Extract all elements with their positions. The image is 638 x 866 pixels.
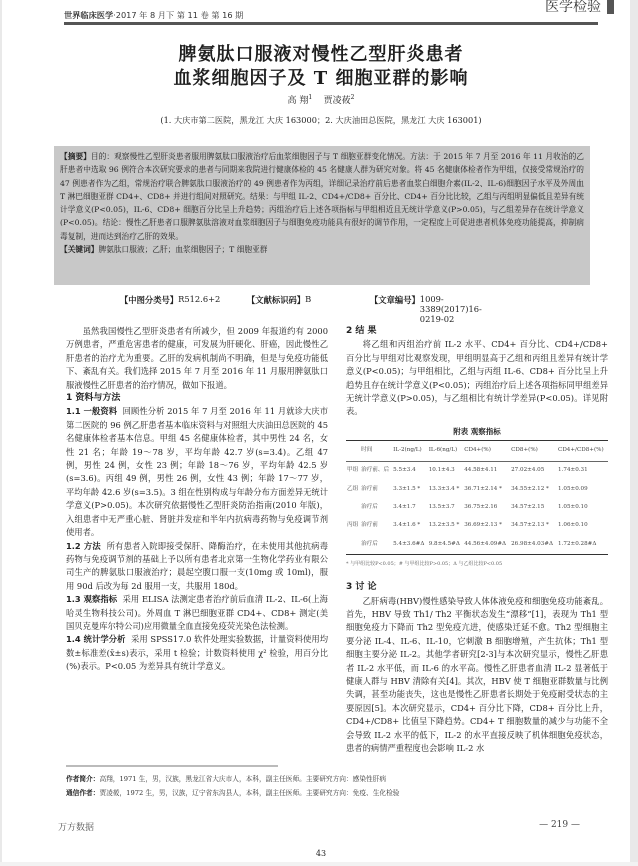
doc-code: 【文献标识码】B [247,294,305,306]
th-group [346,441,360,461]
cell: 3.4±1.6 * [392,517,428,535]
journal-header: 世界临床医学·2017 年 8 月下 第 11 卷 第 16 期 [64,10,243,21]
cell: 44.58±4.11 [463,461,510,480]
cell: 27.02±4.05 [510,461,557,480]
cell: 13.5±3.7 [428,498,464,516]
cell: 治疗前、后 [360,461,392,480]
cell: 10.1±4.3 [428,461,464,480]
cell [346,498,360,516]
section-1-2-title: 1.2 方法 [66,541,101,551]
section-1-4-title: 1.4 统计学分析 [66,634,126,644]
corresponding-note-text: 贾凌莜，1972 生，男，汉族，辽宁省东沟县人，本科，副主任医师。主要研究方向：… [99,789,399,797]
journal-page-number: — 219 — [539,820,580,830]
cell: 34.57±2.15 [510,498,557,516]
cell: 36.71±2.14 * [463,480,510,498]
clc-label: 【中图分类号】 [120,295,178,305]
cell: 治疗后 [360,535,392,554]
journal-issue: ·2017 年 8 月下 第 11 卷 第 16 期 [113,10,243,20]
th-il2: IL-2(ng/L) [392,441,428,461]
cell: 1.05±0.10 [557,498,608,516]
author-1-sup: 1 [308,94,312,101]
affiliation: (1. 大庆市第二医院，黑龙江 大庆 163000；2. 大庆油田总医院，黑龙江… [2,115,638,126]
clc-value: R512.6+2 [178,294,220,304]
paper-page: 世界临床医学·2017 年 8 月下 第 11 卷 第 16 期 医学检验 脾氨… [2,0,630,862]
section-1-1-text: 回顾性分析 2015 年 7 月至 2016 年 11 月就诊大庆市第二医院的 … [66,406,328,537]
left-column: 虽然我国慢性乙型肝炎患者有所减少，但 2009 年报道约有 2000 万例患者，… [66,325,328,674]
author-2: 贾凌莜 [324,96,351,106]
cell: 治疗前 [360,480,392,498]
results-paragraph: 将乙组和丙组治疗前 IL-2 水平、CD4+ 百分比、CD4+/CD8+ 百分比… [346,338,608,418]
cell: 乙组 [346,480,360,498]
author-note: 作者简介：高翔，1971 生，男，汉族，黑龙江省大庆市人，本科，副主任医师。主要… [66,773,386,783]
journal-name: 世界临床医学 [64,10,113,20]
section-2-heading: 2 结 果 [346,325,608,338]
section-label: 医学检验 [545,0,601,15]
section-1-2-text: 所有患者入院即接受保肝、降酶治疗，在未使用其他抗病毒药物与免疫调节剂的基础上予以… [66,541,328,591]
source-watermark: 万方数据 [58,820,94,833]
discussion-paragraph: 乙肝病毒(HBV)慢性感染导致人体体液免疫和细胞免疫功能紊乱。首先，HBV 导致… [346,595,608,756]
cell: 治疗前 [360,517,392,535]
th-ratio: CD4+/CD8+(%) [557,441,608,461]
section-1-3: 1.3 观察指标 采用 ELISA 法测定患者治疗前后血清 IL-2、IL-6(… [66,593,328,633]
title-line-1: 脾氨肽口服液对慢性乙型肝炎患者 [2,40,638,66]
table-row: 甲组治疗前、后5.5±3.410.1±4.344.58±4.1127.02±4.… [346,461,608,480]
table-row: 丙组治疗前3.4±1.6 *13.2±3.5 *36.69±2.13 *34.5… [346,517,608,535]
cell: 治疗后 [360,498,392,516]
keywords-label: 【关键词】 [60,245,98,254]
th-cd4: CD4+(%) [463,441,510,461]
section-1-1-title: 1.1 一般资料 [66,406,117,416]
cell: 1.72±0.28#Δ [557,535,608,554]
section-1-heading: 1 资料与方法 [66,392,328,405]
section-tag: 医学检验 [545,0,614,16]
section-1-3-title: 1.3 观察指标 [66,594,117,604]
cell: 甲组 [346,461,360,480]
keywords-text: 脾氨肽口服液；乙肝；血浆细胞因子；T 细胞亚群 [98,245,267,254]
cell: 44.56±4.09#Δ [463,535,510,554]
cell: 36.75±2.16 [463,498,510,516]
th-il6: IL-6(ng/L) [428,441,464,461]
corresponding-note-label: 通信作者： [66,789,99,797]
abstract-text: 目的：观察慢性乙型肝炎患者服用脾氨肽口服液治疗后血浆细胞因子与 T 细胞亚群变化… [60,152,584,241]
section-1-4: 1.4 统计学分析 采用 SPSS17.0 软件处理实验数据，计量资料使用均数±… [66,633,328,673]
header-rule [64,22,598,25]
abstract-label: 【摘要】 [60,152,91,161]
clc-code: 【中图分类号】R512.6+2 [120,294,178,306]
footnote-rule [66,765,278,767]
cell: 5.4±3.6#Δ [392,535,428,554]
authors: 高 翔1 贾凌莜2 [2,93,638,106]
cell [346,535,360,554]
cell: 丙组 [346,517,360,535]
table-note: * 与甲组比较P<0.05；# 与甲组比较P>0.05；Δ 与乙组比较P<0.0… [346,558,608,571]
cell: 36.69±2.13 * [463,517,510,535]
cell: 26.98±4.03#Δ [510,535,557,554]
th-time: 时间 [360,441,392,461]
article-value: 1009-3389(2017)16-0219-02 [420,294,482,324]
corresponding-note: 通信作者：贾凌莜，1972 生，男，汉族，辽宁省东沟县人，本科，副主任医师。主要… [66,787,399,797]
section-1-1: 1.1 一般资料 回顾性分析 2015 年 7 月至 2016 年 11 月就诊… [66,405,328,539]
cell: 3.3±1.5 * [392,480,428,498]
table-header-row: 时间 IL-2(ng/L) IL-6(ng/L) CD4+(%) CD8+(%)… [346,441,608,461]
table-row: 治疗后5.4±3.6#Δ9.8±4.5#Δ44.56±4.09#Δ26.98±4… [346,535,608,554]
author-note-label: 作者简介： [66,775,99,783]
cell: 13.2±3.5 * [428,517,464,535]
intro-paragraph: 虽然我国慢性乙型肝炎患者有所减少，但 2009 年报道约有 2000 万例患者，… [66,325,328,392]
section-1-2: 1.2 方法 所有患者入院即接受保肝、降酶治疗，在未使用其他抗病毒药物与免疫调节… [66,540,328,594]
pdf-page-number: 43 [2,849,638,858]
title-line-2: 血浆细胞因子及 T 细胞亚群的影响 [2,64,638,90]
table-row: 治疗后3.4±1.713.5±3.736.75±2.1634.57±2.151.… [346,498,608,516]
article-code: 【文章编号】1009-3389(2017)16-0219-02 [370,294,420,306]
cell: 34.57±2.13 * [510,517,557,535]
observation-table: 时间 IL-2(ng/L) IL-6(ng/L) CD4+(%) CD8+(%)… [346,440,608,554]
cell: 1.06±0.10 [557,517,608,535]
cell: 9.8±4.5#Δ [428,535,464,554]
cell: 34.55±2.12 * [510,480,557,498]
viewer-bottom-bar [0,862,638,866]
th-cd8: CD8+(%) [510,441,557,461]
author-2-sup: 2 [351,94,355,101]
cell: 3.4±1.7 [392,498,428,516]
cell: 5.5±3.4 [392,461,428,480]
cell: 1.74±0.31 [557,461,608,480]
article-label: 【文章编号】 [370,295,420,305]
doc-value: B [305,294,311,304]
right-column: 2 结 果 将乙组和丙组治疗前 IL-2 水平、CD4+ 百分比、CD4+/CD… [346,325,608,755]
section-3-heading: 3 讨 论 [346,581,608,594]
cell: 1.05±0.09 [557,480,608,498]
cell: 13.3±3.4 * [428,480,464,498]
section-block-icon [607,0,614,14]
doc-label: 【文献标识码】 [247,295,305,305]
author-note-text: 高翔，1971 生，男，汉族，黑龙江省大庆市人，本科，副主任医师。主要研究方向：… [99,775,386,783]
author-1: 高 翔 [288,96,309,106]
abstract-box: 【摘要】目的：观察慢性乙型肝炎患者服用脾氨肽口服液治疗后血浆细胞因子与 T 细胞… [54,146,590,285]
table-caption: 附表 观察指标 [346,425,608,438]
table-row: 乙组治疗前3.3±1.5 *13.3±3.4 *36.71±2.14 *34.5… [346,480,608,498]
